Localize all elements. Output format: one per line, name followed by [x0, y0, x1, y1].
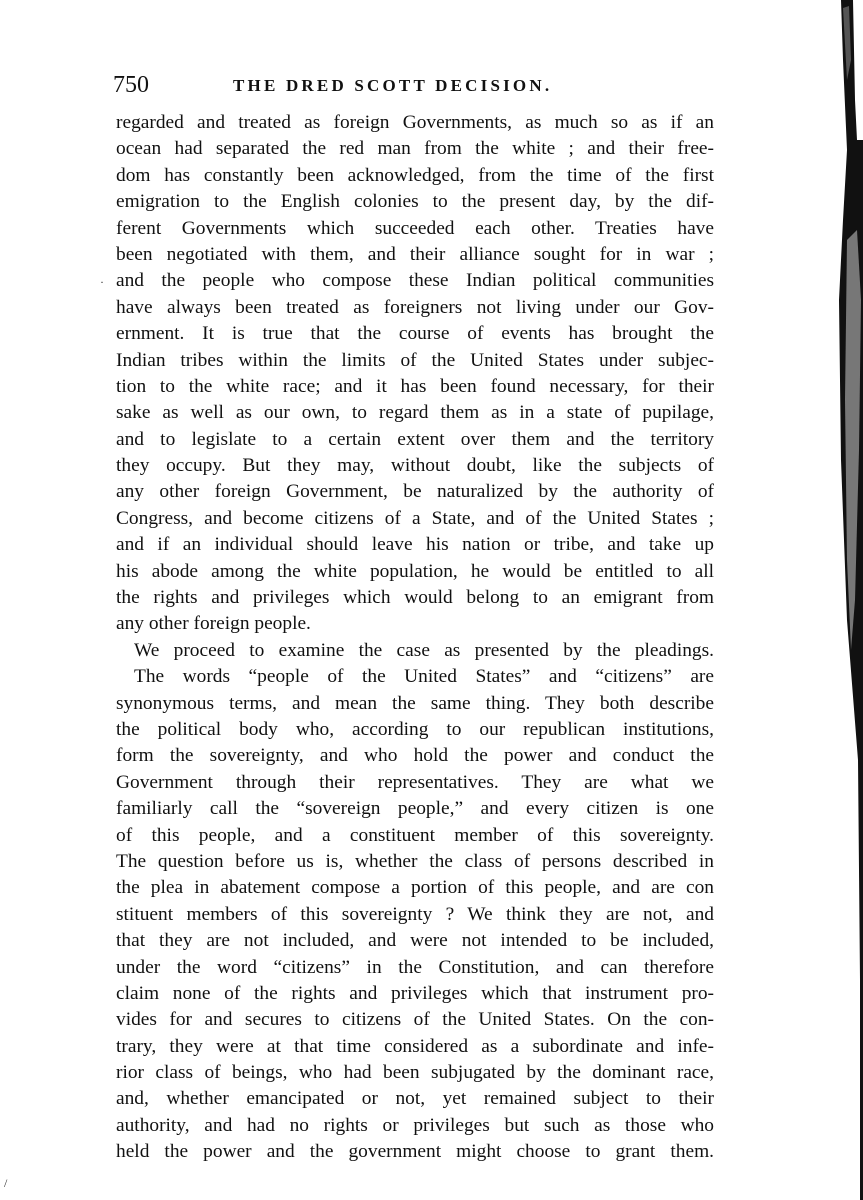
text-line: and to legislate to a certain extent ove…: [116, 427, 714, 453]
text-line: that they are not included, and were not…: [116, 928, 714, 954]
text-line: Congress, and become citizens of a State…: [116, 506, 714, 532]
running-head: THE DRED SCOTT DECISION.: [233, 76, 552, 96]
text-line: regarded and treated as foreign Governme…: [116, 110, 714, 136]
text-line: under the word “citizens” in the Constit…: [116, 955, 714, 981]
text-line: been negotiated with them, and their all…: [116, 242, 714, 268]
text-line: ernment. It is true that the course of e…: [116, 321, 714, 347]
margin-mark: ·: [100, 275, 104, 290]
text-line: Indian tribes within the limits of the U…: [116, 348, 714, 374]
text-line: ocean had separated the red man from the…: [116, 136, 714, 162]
body-text: regarded and treated as foreign Governme…: [116, 110, 714, 1166]
text-line: form the sovereignty, and who hold the p…: [116, 743, 714, 769]
text-line: stituent members of this sovereignty ? W…: [116, 902, 714, 928]
page-header: 750 THE DRED SCOTT DECISION.: [113, 72, 723, 102]
text-line: Government through their representatives…: [116, 770, 714, 796]
page-number: 750: [113, 72, 149, 99]
text-line: synonymous terms, and mean the same thin…: [116, 691, 714, 717]
text-line: dom has constantly been acknowledged, fr…: [116, 163, 714, 189]
text-line: held the power and the government might …: [116, 1139, 714, 1165]
text-line: emigration to the English colonies to th…: [116, 189, 714, 215]
text-line: and if an individual should leave his na…: [116, 532, 714, 558]
text-line: the rights and privileges which would be…: [116, 585, 714, 611]
text-line: any other foreign Government, be natural…: [116, 479, 714, 505]
text-line: trary, they were at that time considered…: [116, 1034, 714, 1060]
text-line: tion to the white race; and it has been …: [116, 374, 714, 400]
text-line: rior class of beings, who had been subju…: [116, 1060, 714, 1086]
text-line: claim none of the rights and privileges …: [116, 981, 714, 1007]
text-line: sake as well as our own, to regard them …: [116, 400, 714, 426]
text-line: vides for and secures to citizens of the…: [116, 1007, 714, 1033]
text-line: ferent Governments which succeeded each …: [116, 216, 714, 242]
text-line: We proceed to examine the case as presen…: [116, 638, 714, 664]
text-line: the plea in abatement compose a portion …: [116, 875, 714, 901]
text-line: of this people, and a constituent member…: [116, 823, 714, 849]
text-line: and, whether emancipated or not, yet rem…: [116, 1086, 714, 1112]
binding-shadow: [803, 0, 863, 1200]
text-line: The question before us is, whether the c…: [116, 849, 714, 875]
text-line: and the people who compose these Indian …: [116, 268, 714, 294]
text-line: have always been treated as foreigners n…: [116, 295, 714, 321]
margin-mark: /: [4, 1176, 7, 1191]
text-line: the political body who, according to our…: [116, 717, 714, 743]
text-line: familiarly call the “sovereign people,” …: [116, 796, 714, 822]
text-line: they occupy. But they may, without doubt…: [116, 453, 714, 479]
scanned-book-page: 750 THE DRED SCOTT DECISION. regarded an…: [0, 0, 863, 1200]
text-line: The words “people of the United States” …: [116, 664, 714, 690]
text-line: any other foreign people.: [116, 611, 714, 637]
text-line: his abode among the white population, he…: [116, 559, 714, 585]
text-line: authority, and had no rights or privileg…: [116, 1113, 714, 1139]
